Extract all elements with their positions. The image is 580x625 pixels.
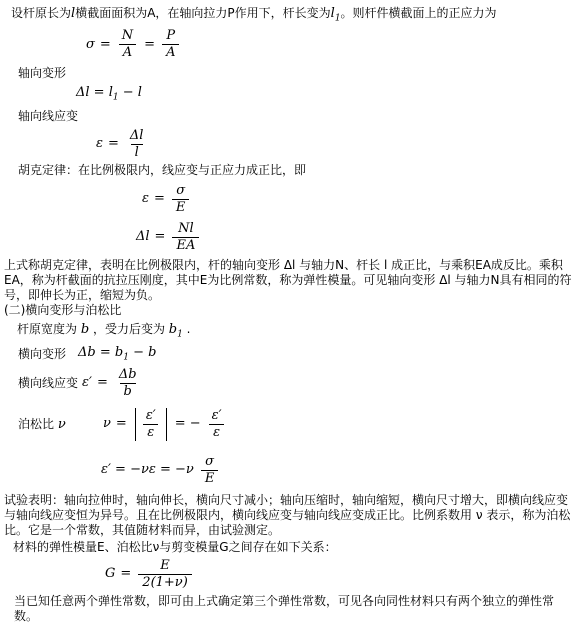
math-symbol: Δl	[136, 229, 150, 245]
math-symbol: ε′	[82, 375, 92, 391]
math-symbol: σ	[86, 37, 95, 53]
label-axial-strain: 轴向线应变	[18, 109, 574, 124]
math-expression: Δl = l1 − l	[76, 85, 142, 103]
denominator: l	[131, 144, 143, 161]
formula-axial-deformation: Δl = l1 − l	[76, 85, 574, 103]
intro-text: 。则杆件横截面上的正应力为	[341, 6, 497, 20]
denominator: EA	[172, 237, 199, 254]
math-expression: Δb = b1 − b	[78, 345, 156, 363]
row-lateral-deformation: 横向变形 Δb = b1 − b	[4, 345, 574, 363]
row-poisson-ratio: 泊松比 ν ν = ε′ε = − ε′ε	[4, 408, 574, 441]
formula-lateral-deformation: Δb = b1 − b	[78, 345, 156, 363]
denominator: ε	[209, 424, 224, 441]
label-lateral-deformation: 横向变形	[18, 347, 78, 362]
var-nu: ν	[58, 417, 66, 432]
formula-normal-stress: σ = NA = PA	[86, 28, 574, 61]
paragraph-intro: 设杆原长为l横截面面积为A，在轴向拉力P作用下，杆长变为l1。则杆件横截面上的正…	[4, 6, 574, 23]
equals-sign: =	[120, 566, 131, 582]
section-heading-lateral: (二)横向变形与泊松比	[4, 303, 574, 318]
fraction: NA	[118, 28, 137, 61]
fraction: Δll	[126, 128, 148, 161]
var-b: b	[81, 322, 89, 337]
numerator: ε′	[142, 408, 160, 424]
fraction: Δbb	[115, 367, 141, 400]
math-symbol: G	[105, 566, 115, 582]
fraction: ε′ε	[142, 408, 160, 441]
formula-hooke-elongation: Δl = NlEA	[136, 221, 574, 254]
numerator: σ	[201, 454, 218, 470]
width-text: ，受力后变为	[89, 322, 169, 336]
equals-sign: =	[144, 37, 155, 53]
equals-sign: =	[154, 191, 165, 207]
numerator: N	[118, 28, 137, 44]
denominator: E	[172, 199, 190, 216]
denominator: E	[201, 470, 219, 487]
intro-text: 设杆原长为	[11, 6, 71, 20]
formula-lateral-strain: ε′ = Δbb	[82, 367, 143, 400]
width-text: 杆原宽度为	[17, 322, 81, 336]
intro-text: 横截面面积为A，在轴向拉力P作用下，杆长变为	[75, 6, 330, 20]
numerator: Δl	[126, 128, 148, 144]
fraction: ε′ε	[208, 408, 226, 441]
row-lateral-strain: 横向线应变 ε′ = Δbb	[4, 367, 574, 400]
numerator: P	[162, 28, 179, 44]
equals-sign: =	[155, 229, 166, 245]
numerator: Δb	[115, 367, 141, 383]
equals-sign: =	[116, 416, 127, 432]
math-symbol: ν	[103, 416, 111, 432]
equals-sign: =	[100, 37, 111, 53]
formula-lateral-strain-relation: ε′ = −νε = −ν σE	[101, 454, 574, 487]
denominator: 2(1+ν)	[138, 574, 191, 591]
fraction: PA	[162, 28, 179, 61]
fraction: σE	[172, 183, 190, 216]
paragraph-width: 杆原宽度为 b ，受力后变为 b1 .	[17, 322, 574, 339]
numerator: Nl	[174, 221, 198, 237]
paragraph-experiment: 试验表明：轴向拉伸时，轴向伸长，横向尺寸减小；轴向压缩时，轴向缩短，横向尺寸增大…	[4, 493, 574, 538]
math-symbol: ε	[142, 191, 149, 207]
paragraph-hooke-explanation: 上式称胡克定律，表明在比例极限内，杆的轴向变形 Δl 与轴力N、杆长 l 成正比…	[4, 258, 574, 303]
fraction: NlEA	[172, 221, 199, 254]
formula-poisson-ratio: ν = ε′ε = − ε′ε	[103, 408, 228, 441]
paragraph-modulus-relation: 材料的弹性模量E、泊松比ν与剪变模量G之间存在如下关系：	[4, 540, 574, 555]
math-expression: ε′ = −νε = −ν	[101, 462, 194, 478]
fraction: E2(1+ν)	[138, 558, 191, 591]
paragraph-conclusion: 当已知任意两个弹性常数，即可由上式确定第三个弹性常数，可见各向同性材料只有两个独…	[4, 594, 574, 624]
denominator: ε	[143, 424, 158, 441]
denominator: A	[162, 44, 179, 61]
equals-minus-sign: = −	[175, 416, 201, 432]
document-page: 设杆原长为l横截面面积为A，在轴向拉力P作用下，杆长变为l1。则杆件横截面上的正…	[0, 0, 580, 624]
label-axial-deformation: 轴向变形	[18, 66, 574, 81]
math-symbol: ε	[96, 136, 103, 152]
var-b1: b	[169, 322, 177, 337]
label-poisson-ratio: 泊松比 ν	[18, 417, 103, 432]
fraction: σE	[201, 454, 219, 487]
denominator: b	[120, 383, 136, 400]
equals-sign: =	[108, 136, 119, 152]
width-text: .	[183, 322, 191, 336]
paragraph-hooke-law: 胡克定律：在比例极限内，线应变与正应力成正比，即	[18, 163, 574, 178]
denominator: A	[119, 44, 136, 61]
absolute-value: ε′ε	[135, 408, 167, 441]
formula-shear-modulus: G = E2(1+ν)	[105, 558, 574, 591]
numerator: E	[156, 558, 174, 574]
numerator: σ	[172, 183, 189, 199]
formula-axial-strain: ε = Δll	[96, 128, 574, 161]
formula-hooke-strain: ε = σE	[142, 183, 574, 216]
equals-sign: =	[97, 375, 108, 391]
label-lateral-strain: 横向线应变	[18, 376, 82, 391]
numerator: ε′	[208, 408, 226, 424]
